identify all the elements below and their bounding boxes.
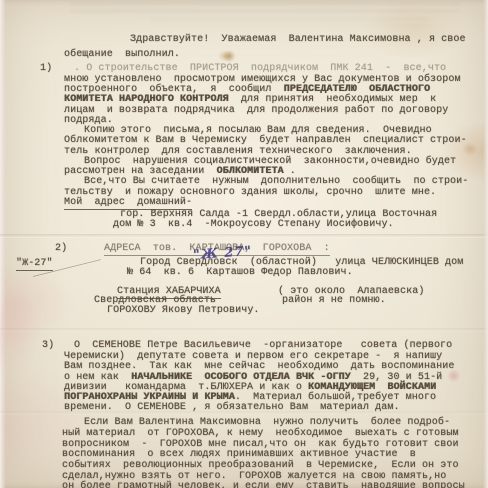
typed-line: Облкомитетом к Вам в Черемиску будет нап… bbox=[64, 136, 467, 146]
typed-line: Все,что Вы считаете нужным дополнительно… bbox=[84, 177, 468, 187]
typed-line: 1) bbox=[40, 64, 52, 74]
typed-line: событиях революционных преобразований в … bbox=[62, 461, 459, 471]
paper-stain bbox=[0, 286, 42, 376]
bleedthrough-text bbox=[70, 3, 460, 14]
typed-line: дом № 3 кв.4 -Мокроусову Степану Иосифов… bbox=[113, 220, 394, 230]
typed-line: лицам и возврата подрядчика для продолже… bbox=[64, 106, 448, 116]
bleedthrough-text bbox=[150, 18, 430, 26]
typed-line: АДРЕСА тов. КАРТАШОВА, ГОРОХОВА : bbox=[104, 244, 330, 256]
typed-line: воспоминания о всех людях принимавших ак… bbox=[62, 450, 416, 460]
typed-line: . О строительстве ПРИСТРОЯ подрядчиком П… bbox=[74, 64, 446, 74]
paper-stain bbox=[218, 50, 232, 62]
scanned-letter-photo: "Ж 27" Здравствуйте! Уважаемая Валентина… bbox=[0, 0, 488, 488]
typed-line: № 64 кв. 6 Карташов Федор Павлович. bbox=[127, 268, 353, 278]
typed-line: Здравствуйте! Уважаемая Валентина Максим… bbox=[130, 35, 466, 45]
typed-line: Если Вам Валентина Максимовна нужно полу… bbox=[84, 418, 450, 428]
fold-crease bbox=[0, 234, 488, 238]
typed-line: ный материал от ГОРОХОВА, к нему необход… bbox=[62, 429, 459, 439]
typed-line: Вам позднее. Так как мне сейчас необходи… bbox=[64, 362, 454, 372]
typed-line: ГОРОХОВУ Якову Петровичу. bbox=[107, 306, 260, 316]
typed-line: он более грамотный человек, и если ему с… bbox=[62, 482, 465, 488]
fold-crease bbox=[0, 328, 488, 332]
typed-line: Мой адрес домашний- bbox=[64, 198, 192, 210]
typed-line: 3) bbox=[42, 341, 54, 351]
typed-line: "Ж-27" bbox=[16, 259, 53, 271]
typed-line: обещание выполнил. bbox=[64, 50, 180, 60]
letter-page: "Ж 27" Здравствуйте! Уважаемая Валентина… bbox=[0, 0, 488, 488]
typed-line: О СЕМЕНОВЕ Петре Васильевиче -организато… bbox=[74, 341, 452, 351]
typed-line: времени. О СЕМЕНОВЕ , я обязательно Вам … bbox=[64, 403, 400, 413]
typed-line: 2) bbox=[55, 244, 67, 254]
typed-line: КОМИТЕТА НАРОДНОГО КОНТРОЛЯ для принятия… bbox=[64, 95, 436, 105]
typed-line: район я не помню. bbox=[282, 296, 386, 306]
